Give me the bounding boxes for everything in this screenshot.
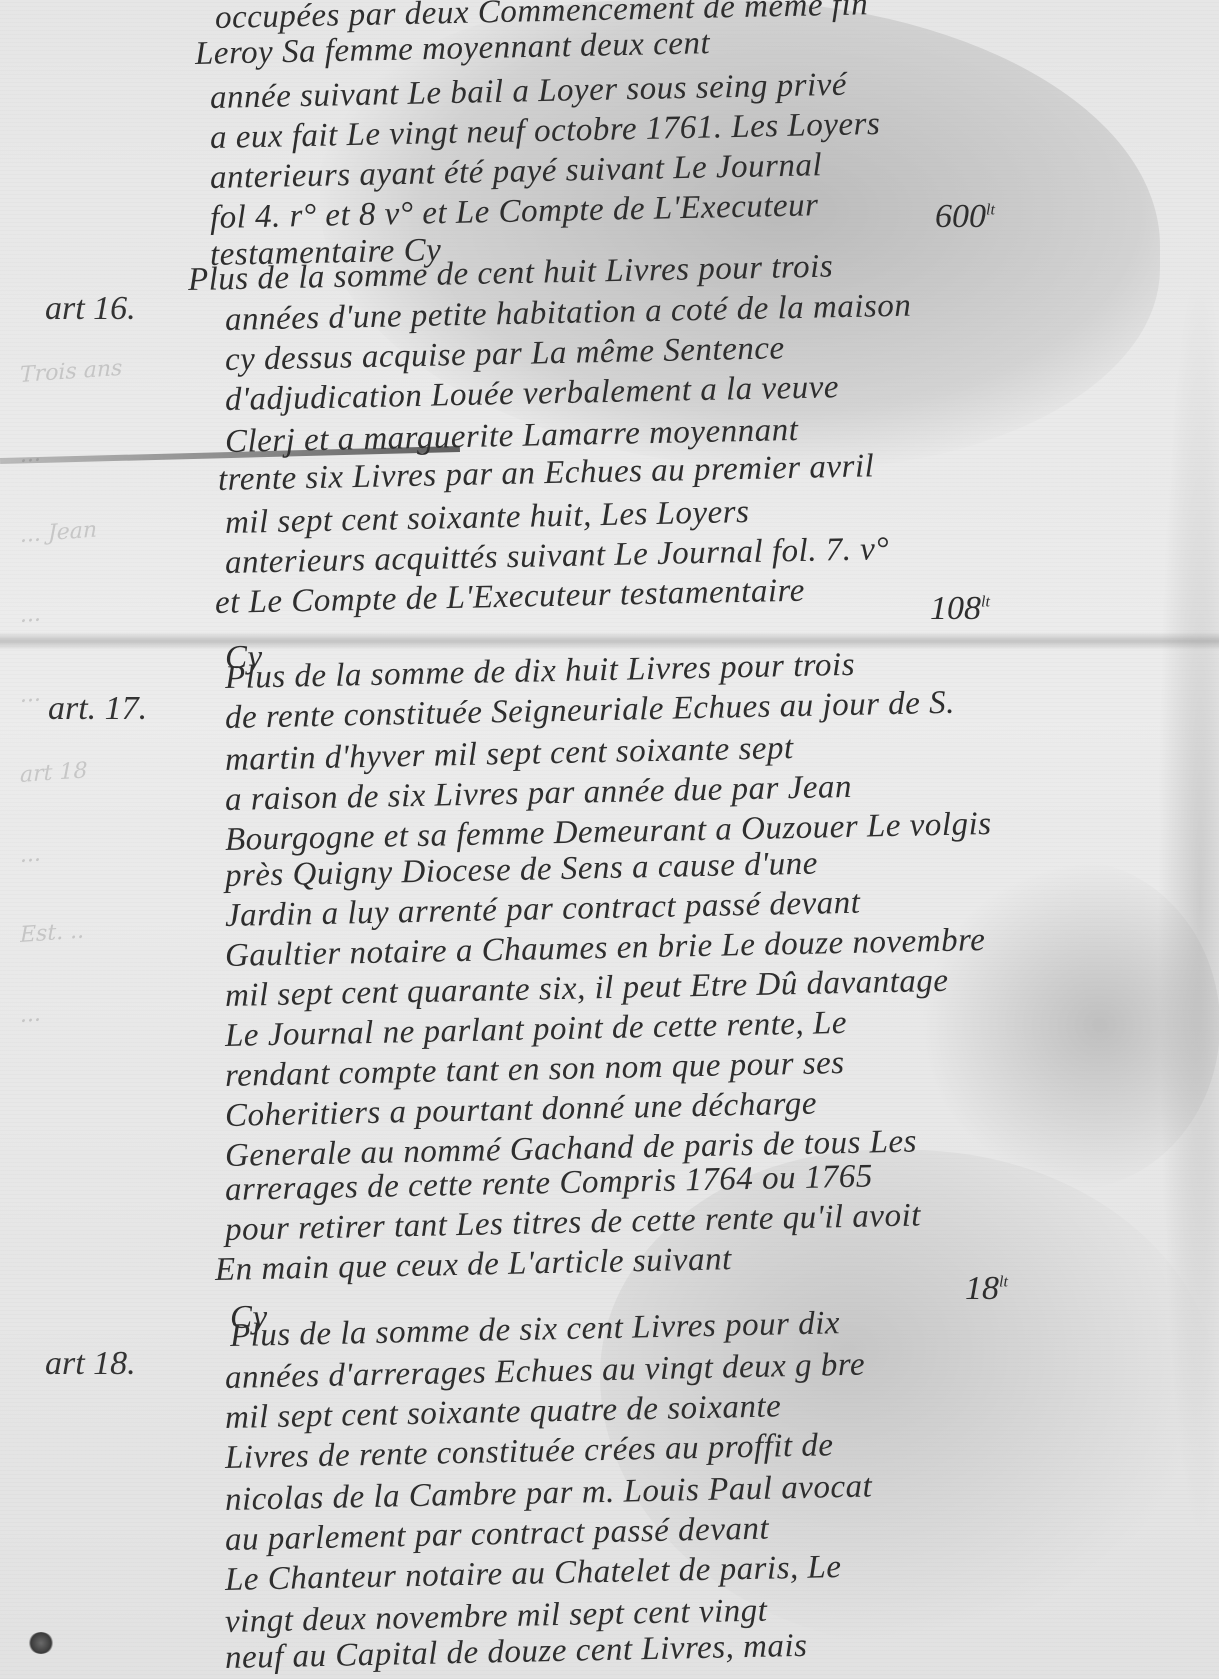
text-line: En main que ceux de L'article suivant: [215, 1241, 732, 1289]
paper-hole: [28, 1632, 54, 1654]
text-line: Plus de la somme de six cent Livres pour…: [230, 1305, 841, 1355]
water-stain: [920, 860, 1219, 1190]
bleed-through-text: Trois ans ... ... Jean ... ... art 18 ..…: [20, 324, 190, 1636]
amount-art16: 108lt: [930, 590, 990, 628]
manuscript-page: Trois ans ... ... Jean ... ... art 18 ..…: [0, 0, 1219, 1679]
article-label-17: art. 17.: [48, 690, 147, 728]
article-label-18: art 18.: [45, 1345, 136, 1383]
text-line: nicolas de la Cambre par m. Louis Paul a…: [225, 1468, 873, 1519]
article-label-16: art 16.: [45, 290, 136, 328]
amount-art17: 18lt: [965, 1270, 1008, 1308]
amount-top: 600lt: [935, 198, 995, 236]
